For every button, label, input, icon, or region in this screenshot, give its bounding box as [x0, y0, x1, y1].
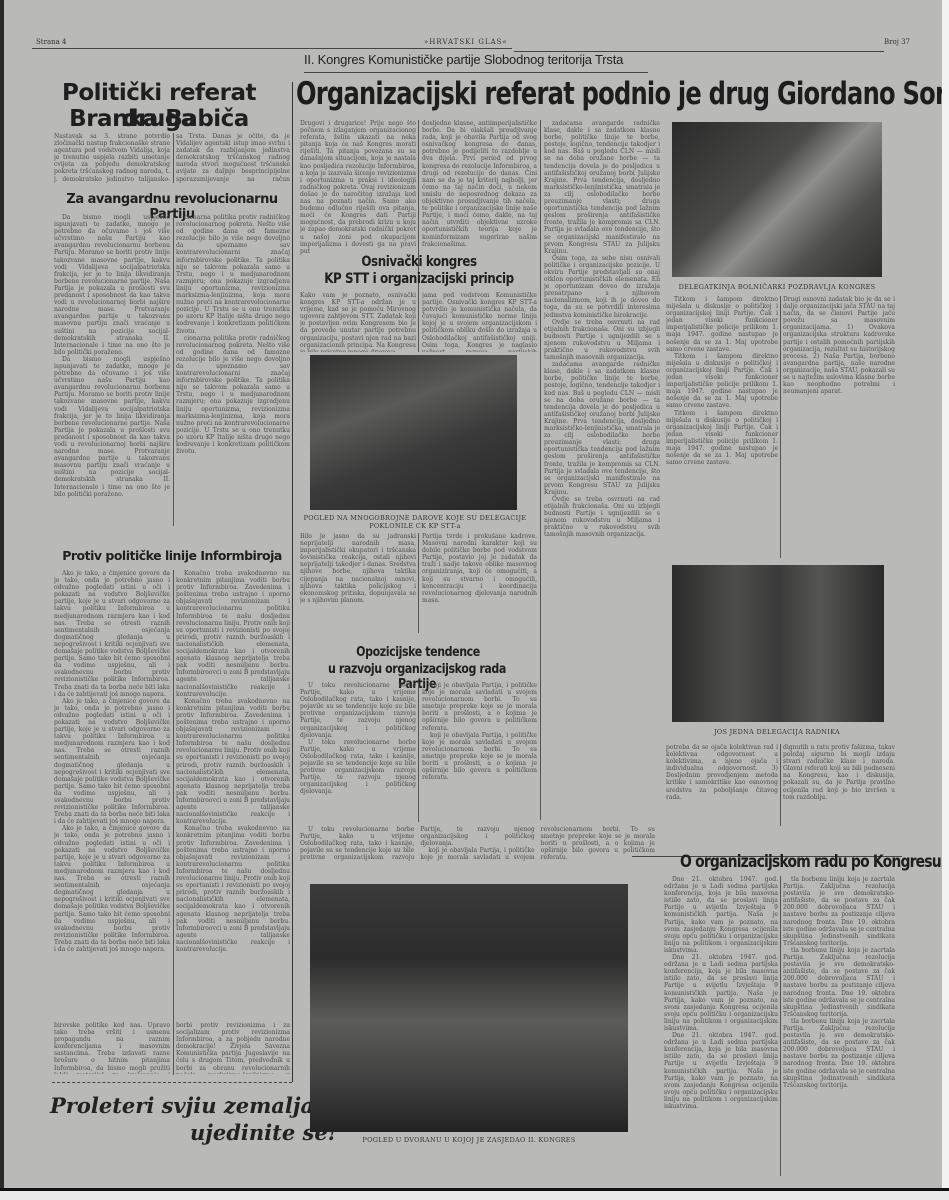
paragraph: koji je obavljala Partija, i političke k…	[422, 732, 537, 782]
column-divider	[173, 570, 174, 1075]
paragraph: Dne 21. oktobra 1947. god. održana je u …	[664, 1032, 778, 1110]
photo-workers-delegation-caption: JOS JEDNA DELEGACIJA RADNIKA	[666, 728, 888, 736]
subheading-osnivacki-line2: KP STT i organizacijski princip	[321, 271, 517, 287]
section-heading: II. Kongres Komunističke partije Slobodn…	[304, 52, 623, 67]
column-divider	[780, 744, 781, 826]
left-intro-col2: sa Trsta. Danas je očito, da je Vidalije…	[176, 133, 290, 183]
main-sub2-col1: U toku revolucionarne borbe Partije, kak…	[300, 682, 416, 822]
column-divider	[418, 292, 419, 352]
paragraph: cionarna politika protiv radničkog revol…	[176, 214, 290, 335]
left-intro-col1: Nastavak sa 3. strane potvrdio zločinačk…	[54, 133, 170, 183]
column-divider	[418, 682, 419, 822]
photo-nurse-delegate	[672, 122, 882, 277]
main-col3: zadaćama avangarde radničke klase, dakle…	[544, 120, 660, 820]
subheading-informbiro: Protiv političke linije Informbiroja	[52, 548, 292, 563]
slogan-line1: Proleteri svjiu zemalja –	[50, 1093, 332, 1118]
paragraph: Ovdje se treba osvrnuti na rad otijalnih…	[544, 319, 660, 362]
main-bottom-strip: U toku revolucionarne borbe Partije, kak…	[300, 826, 655, 876]
paragraph: Ako je tako, a činjenice govore da je ta…	[54, 570, 170, 698]
photo-gifts	[310, 355, 517, 510]
paragraph: Osim toga, za sebe nisu osnivali politič…	[544, 255, 660, 319]
column-divider	[418, 533, 419, 633]
paragraph: koji je obavljala Partija, i političke k…	[422, 682, 537, 732]
photo-gifts-caption-line2: POKLONILE CK KP STT-a	[300, 522, 530, 530]
left-sub1-col2: cionarna politika protiv radničkog revol…	[176, 214, 290, 524]
article-divider	[292, 82, 293, 1082]
main-right-col-f: dignutih u ratu protiv fašizma, takav po…	[783, 744, 895, 826]
photo-nurse-delegate-caption: DELEGATKINJA BOLNIČARKI POZDRAVLJA KONGR…	[666, 283, 888, 291]
paragraph: Titkom i šampom direktno miješala u disk…	[666, 410, 778, 467]
subheading-osnivacki-line1: Osnivački kongres	[321, 254, 517, 270]
paragraph: Konačno treba svakodnevno na konkretnim …	[176, 570, 290, 698]
main-after-photo-col1: Bilo je jasno da su jadranski neprijatel…	[300, 533, 416, 633]
paragraph: U toku revolucionarne borbe Partije, kak…	[300, 739, 416, 796]
page-edge	[942, 0, 949, 1200]
left-sub1-col1: Da bismo mogli uspješno ispunjavati te z…	[54, 214, 170, 524]
photo-workers-delegation	[672, 565, 884, 722]
main-right-col-d: Drugi osnovni zadatak bio je da se i dal…	[783, 296, 895, 558]
photo-gifts-caption-line1: POGLED NA MNOGOBROJNE DAROVE KOJE SU DEL…	[300, 514, 530, 522]
paragraph: Ovdje se treba osvrnuti na rad otijalnih…	[544, 496, 660, 539]
paragraph: Da bismo mogli uspješno ispunjavati te z…	[54, 356, 170, 498]
paper-name: »HRVATSKI GLAS«	[424, 38, 508, 46]
left-closing-col2: borbi protiv revizionizma i za socijaliz…	[176, 1022, 290, 1074]
page-number: Strana 4	[36, 38, 67, 46]
main-sub3-col2: tla borbenu liniju koja je zacrtala Part…	[783, 876, 895, 1176]
main-right-col-e: potreba da se ojača kolektivan rad i kol…	[666, 744, 778, 826]
paragraph: tla borbenu liniju koja je zacrtala Part…	[783, 1018, 895, 1089]
column-divider	[780, 296, 781, 558]
decorative-wavy-rule	[52, 1082, 292, 1085]
masthead-rule-left	[32, 48, 512, 49]
paragraph: Konačno treba svakodnevno na konkretnim …	[176, 698, 290, 826]
column-divider	[780, 876, 781, 1176]
page-bottom-edge	[0, 1188, 949, 1200]
left-headline-line2: Branka Babiča	[24, 106, 294, 132]
main-after-photo-col2: Partija tvrde i prokušane kadrove. Masov…	[422, 533, 537, 633]
main-sub2-col2: koji je obavljala Partija, i političke k…	[422, 682, 537, 822]
paragraph: zadaćama avangarde radničke klase, dakle…	[544, 120, 660, 255]
paragraph: Dne 21. oktobra 1947. god. održana je u …	[664, 876, 778, 954]
main-sub3-col1: Dne 21. oktobra 1947. god. održana je u …	[664, 876, 778, 1176]
paragraph: Ako je tako, a činjenice govore da je ta…	[54, 825, 170, 953]
left-sub2-col1: Ako je tako, a činjenice govore da je ta…	[54, 570, 170, 1020]
main-headline: Organizacijski referat podnio je drug Gi…	[296, 76, 949, 112]
paragraph: Konačno treba svakodnevno na konkretnim …	[176, 825, 290, 953]
main-sub1-col1: Kako vam je poznato, osnivački kongres K…	[300, 292, 416, 352]
paragraph: tla borbenu liniju koja je zacrtala Part…	[783, 947, 895, 1018]
paragraph: Titkom i šampom direktno miješala u disk…	[666, 296, 778, 353]
column-divider	[540, 120, 541, 820]
newspaper-page: Strana 4 »HRVATSKI GLAS« Broj 37 II. Kon…	[4, 0, 942, 1188]
paragraph: Da bismo mogli uspješno ispunjavati te z…	[54, 214, 170, 356]
subheading-opozicijske-line1: Opozicijske tendence	[318, 645, 519, 660]
left-sub2-col2: Konačno treba svakodnevno na konkretnim …	[176, 570, 290, 1020]
main-sub1-col2: jama pod vodstvom Komunističke partije. …	[422, 292, 537, 352]
photo-congress-hall	[310, 884, 628, 1132]
column-divider	[173, 214, 174, 526]
left-closing-col1: birovske politike kod nas. Upravo tako t…	[54, 1022, 170, 1074]
paragraph: zadaćama avangarde radničke klase, dakle…	[544, 361, 660, 496]
photo-congress-hall-caption: POGLED U DVORANU U KOJOJ JE ZASJEDAO II.…	[310, 1136, 628, 1144]
paragraph: Titkom i šampom direktno miješala u disk…	[666, 353, 778, 410]
column-divider	[173, 133, 174, 183]
section-heading-underline	[304, 72, 648, 73]
paragraph: Dne 21. oktobra 1947. god. održana je u …	[664, 954, 778, 1032]
main-right-col-c: Titkom i šampom direktno miješala u disk…	[666, 296, 778, 558]
paragraph: cionarna politika protiv radničkog revol…	[176, 335, 290, 456]
paragraph: Ako je tako, a činjenice govore da je ta…	[54, 698, 170, 826]
paragraph: U toku revolucionarne borbe Partije, kak…	[300, 682, 416, 739]
paragraph: tla borbenu liniju koja je zacrtala Part…	[783, 876, 895, 947]
issue-number: Broj 37	[884, 38, 910, 46]
subheading-organizacijski-rad: O organizacijskom radu po Kongresu	[680, 852, 941, 872]
